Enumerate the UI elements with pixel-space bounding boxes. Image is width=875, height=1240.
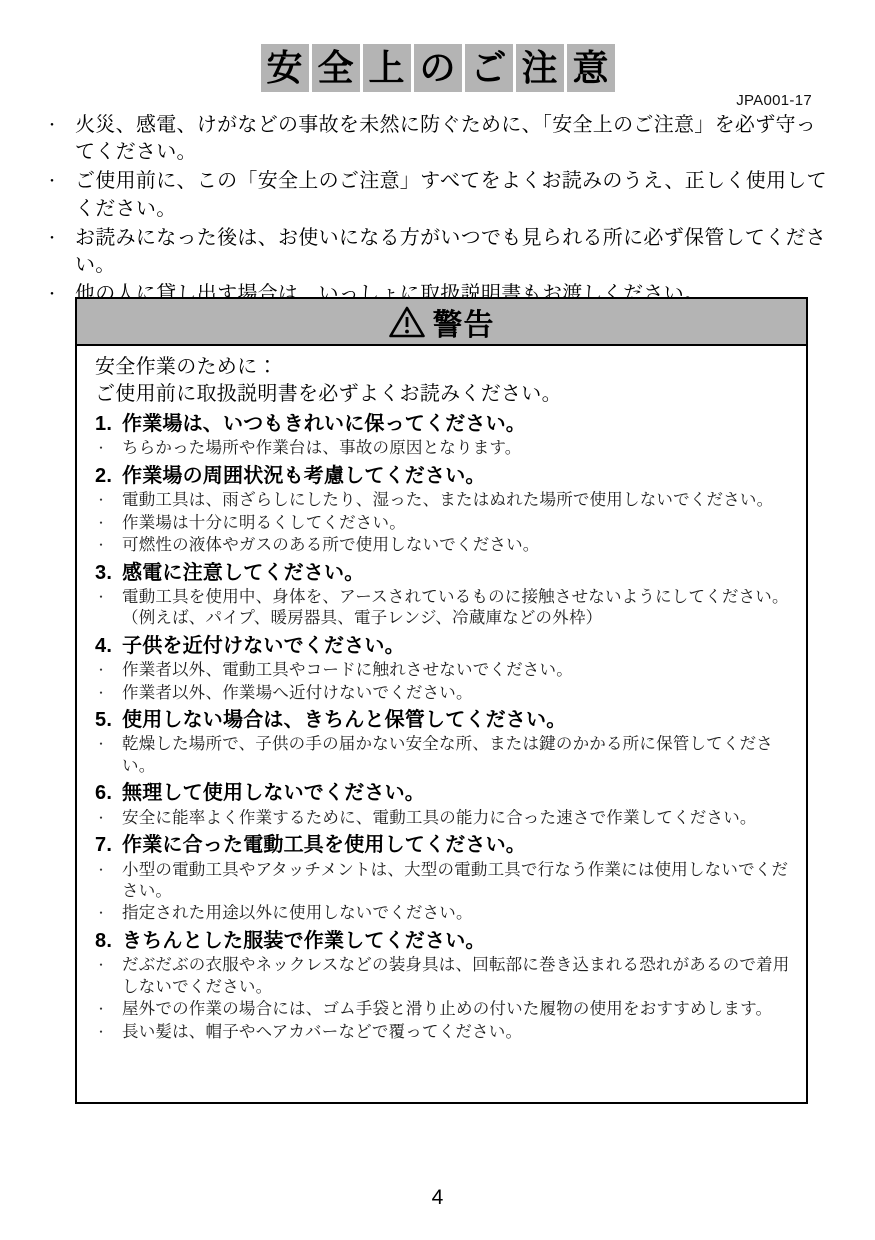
warning-items: 1.作業場は、いつもきれいに保ってください。・ちらかった場所や作業台は、事故の原… <box>95 411 792 1043</box>
intro-bullet-text: ご使用前に、この「安全上のご注意」すべてをよくお読みのうえ、正しく使用してくださ… <box>75 168 835 222</box>
intro-bullet-text: 火災、感電、けがなどの事故を未然に防ぐために、「安全上のご注意」を必ず守ってくだ… <box>75 112 835 166</box>
warning-sub-bullet: ・屋外での作業の場合には、ゴム手袋と滑り止めの付いた履物の使用をおすすめします。 <box>95 999 792 1020</box>
warning-item-number: 2. <box>95 463 122 489</box>
warning-item-heading: 2.作業場の周囲状況も考慮してください。 <box>95 463 792 489</box>
warning-item-heading: 7.作業に合った電動工具を使用してください。 <box>95 832 792 858</box>
warning-sub-bullet-text: 屋外での作業の場合には、ゴム手袋と滑り止めの付いた履物の使用をおすすめします。 <box>122 999 792 1020</box>
bullet-dot-icon: ・ <box>95 860 122 903</box>
title-char: 全 <box>312 44 360 92</box>
warning-sub-bullet: ・電動工具を使用中、身体を、アースされているものに接触させないようにしてください… <box>95 587 792 630</box>
warning-sub-bullet-text: 電動工具は、雨ざらしにしたり、湿った、またはぬれた場所で使用しないでください。 <box>122 490 792 511</box>
warning-title: 警告 <box>433 300 495 344</box>
warning-lead-line: ご使用前に取扱説明書を必ずよくお読みください。 <box>95 381 792 408</box>
warning-sub-bullet: ・作業場は十分に明るくしてください。 <box>95 513 792 534</box>
warning-item-heading-text: 作業場の周囲状況も考慮してください。 <box>122 463 792 489</box>
warning-sub-bullet-text: 乾燥した場所で、子供の手の届かない安全な所、または鍵のかかる所に保管してください… <box>122 734 792 777</box>
warning-item-heading: 4.子供を近付けないでください。 <box>95 633 792 659</box>
bullet-dot-icon: ・ <box>95 587 122 630</box>
bullet-dot-icon: ・ <box>45 281 75 308</box>
warning-sub-bullet-text: 指定された用途以外に使用しないでください。 <box>122 903 792 924</box>
title-char: 上 <box>363 44 411 92</box>
warning-item-number: 3. <box>95 560 122 586</box>
intro-bullet: ・火災、感電、けがなどの事故を未然に防ぐために、「安全上のご注意」を必ず守ってく… <box>45 112 835 166</box>
warning-sub-bullet-text: 可燃性の液体やガスのある所で使用しないでください。 <box>122 535 792 556</box>
warning-item-number: 8. <box>95 928 122 954</box>
warning-sub-bullet-text: 作業者以外、電動工具やコードに触れさせないでください。 <box>122 660 792 681</box>
title-char: ご <box>465 44 513 92</box>
bullet-dot-icon: ・ <box>95 903 122 924</box>
warning-item-heading: 3.感電に注意してください。 <box>95 560 792 586</box>
bullet-dot-icon: ・ <box>95 999 122 1020</box>
warning-sub-bullet-text: 作業者以外、作業場へ近付けないでください。 <box>122 683 792 704</box>
warning-item-heading: 1.作業場は、いつもきれいに保ってください。 <box>95 411 792 437</box>
warning-sub-bullet: ・指定された用途以外に使用しないでください。 <box>95 903 792 924</box>
warning-sub-bullet-text: 作業場は十分に明るくしてください。 <box>122 513 792 534</box>
warning-item-heading: 5.使用しない場合は、きちんと保管してください。 <box>95 707 792 733</box>
warning-sub-bullet-text: 電動工具を使用中、身体を、アースされているものに接触させないようにしてください。… <box>122 587 792 630</box>
warning-item-number: 4. <box>95 633 122 659</box>
title-char: 安 <box>261 44 309 92</box>
warning-item-heading-text: 作業に合った電動工具を使用してください。 <box>122 832 792 858</box>
warning-body: 安全作業のために： ご使用前に取扱説明書を必ずよくお読みください。 1.作業場は… <box>77 346 806 1043</box>
warning-item-heading: 8.きちんとした服装で作業してください。 <box>95 928 792 954</box>
warning-sub-bullet: ・小型の電動工具やアタッチメントは、大型の電動工具で行なう作業には使用しないでく… <box>95 860 792 903</box>
warning-sub-bullet-text: だぶだぶの衣服やネックレスなどの装身具は、回転部に巻き込まれる恐れがあるので着用… <box>122 955 792 998</box>
bullet-dot-icon: ・ <box>95 660 122 681</box>
page-title: 安全上のご注意 <box>0 44 875 92</box>
warning-item-heading: 6.無理して使用しないでください。 <box>95 780 792 806</box>
bullet-dot-icon: ・ <box>95 955 122 998</box>
warning-sub-bullet-text: 長い髪は、帽子やヘアカバーなどで覆ってください。 <box>122 1022 792 1043</box>
warning-item-heading-text: きちんとした服装で作業してください。 <box>122 928 792 954</box>
intro-bullet: ・ご使用前に、この「安全上のご注意」すべてをよくお読みのうえ、正しく使用してくだ… <box>45 168 835 222</box>
bullet-dot-icon: ・ <box>95 535 122 556</box>
bullet-dot-icon: ・ <box>45 112 75 166</box>
warning-triangle-icon <box>389 306 425 338</box>
page-number: 4 <box>0 1186 875 1210</box>
warning-item-heading-text: 使用しない場合は、きちんと保管してください。 <box>122 707 792 733</box>
title-char: 注 <box>516 44 564 92</box>
warning-sub-bullet: ・電動工具は、雨ざらしにしたり、湿った、またはぬれた場所で使用しないでください。 <box>95 490 792 511</box>
warning-sub-bullet: ・安全に能率よく作業するために、電動工具の能力に合った速さで作業してください。 <box>95 808 792 829</box>
bullet-dot-icon: ・ <box>95 490 122 511</box>
bullet-dot-icon: ・ <box>95 683 122 704</box>
bullet-dot-icon: ・ <box>95 438 122 459</box>
bullet-dot-icon: ・ <box>95 808 122 829</box>
warning-item-number: 1. <box>95 411 122 437</box>
warning-sub-bullet: ・可燃性の液体やガスのある所で使用しないでください。 <box>95 535 792 556</box>
warning-item-heading-text: 無理して使用しないでください。 <box>122 780 792 806</box>
bullet-dot-icon: ・ <box>95 734 122 777</box>
warning-item-number: 5. <box>95 707 122 733</box>
warning-item-number: 7. <box>95 832 122 858</box>
warning-sub-bullet-text: 安全に能率よく作業するために、電動工具の能力に合った速さで作業してください。 <box>122 808 792 829</box>
warning-sub-bullet: ・長い髪は、帽子やヘアカバーなどで覆ってください。 <box>95 1022 792 1043</box>
warning-sub-bullet: ・作業者以外、電動工具やコードに触れさせないでください。 <box>95 660 792 681</box>
warning-sub-bullet: ・作業者以外、作業場へ近付けないでください。 <box>95 683 792 704</box>
title-char: の <box>414 44 462 92</box>
bullet-dot-icon: ・ <box>45 225 75 279</box>
intro-list: ・火災、感電、けがなどの事故を未然に防ぐために、「安全上のご注意」を必ず守ってく… <box>45 112 835 310</box>
bullet-dot-icon: ・ <box>45 168 75 222</box>
warning-sub-bullet: ・乾燥した場所で、子供の手の届かない安全な所、または鍵のかかる所に保管してくださ… <box>95 734 792 777</box>
warning-item-heading-text: 感電に注意してください。 <box>122 560 792 586</box>
warning-item-heading-text: 子供を近付けないでください。 <box>122 633 792 659</box>
doc-code: JPA001-17 <box>736 92 812 109</box>
warning-sub-bullet-text: 小型の電動工具やアタッチメントは、大型の電動工具で行なう作業には使用しないでくだ… <box>122 860 792 903</box>
warning-sub-bullet: ・だぶだぶの衣服やネックレスなどの装身具は、回転部に巻き込まれる恐れがあるので着… <box>95 955 792 998</box>
warning-item-heading-text: 作業場は、いつもきれいに保ってください。 <box>122 411 792 437</box>
warning-header: 警告 <box>77 299 806 346</box>
warning-lead-line: 安全作業のために： <box>95 354 792 381</box>
warning-sub-bullet-text: ちらかった場所や作業台は、事故の原因となります。 <box>122 438 792 459</box>
manual-page: 安全上のご注意 JPA001-17 ・火災、感電、けがなどの事故を未然に防ぐため… <box>0 0 875 1240</box>
bullet-dot-icon: ・ <box>95 1022 122 1043</box>
warning-item-number: 6. <box>95 780 122 806</box>
intro-bullet: ・お読みになった後は、お使いになる方がいつでも見られる所に必ず保管してください。 <box>45 225 835 279</box>
bullet-dot-icon: ・ <box>95 513 122 534</box>
title-char: 意 <box>567 44 615 92</box>
warning-panel: 警告 安全作業のために： ご使用前に取扱説明書を必ずよくお読みください。 1.作… <box>75 297 808 1104</box>
intro-bullet-text: お読みになった後は、お使いになる方がいつでも見られる所に必ず保管してください。 <box>75 225 835 279</box>
warning-sub-bullet: ・ちらかった場所や作業台は、事故の原因となります。 <box>95 438 792 459</box>
